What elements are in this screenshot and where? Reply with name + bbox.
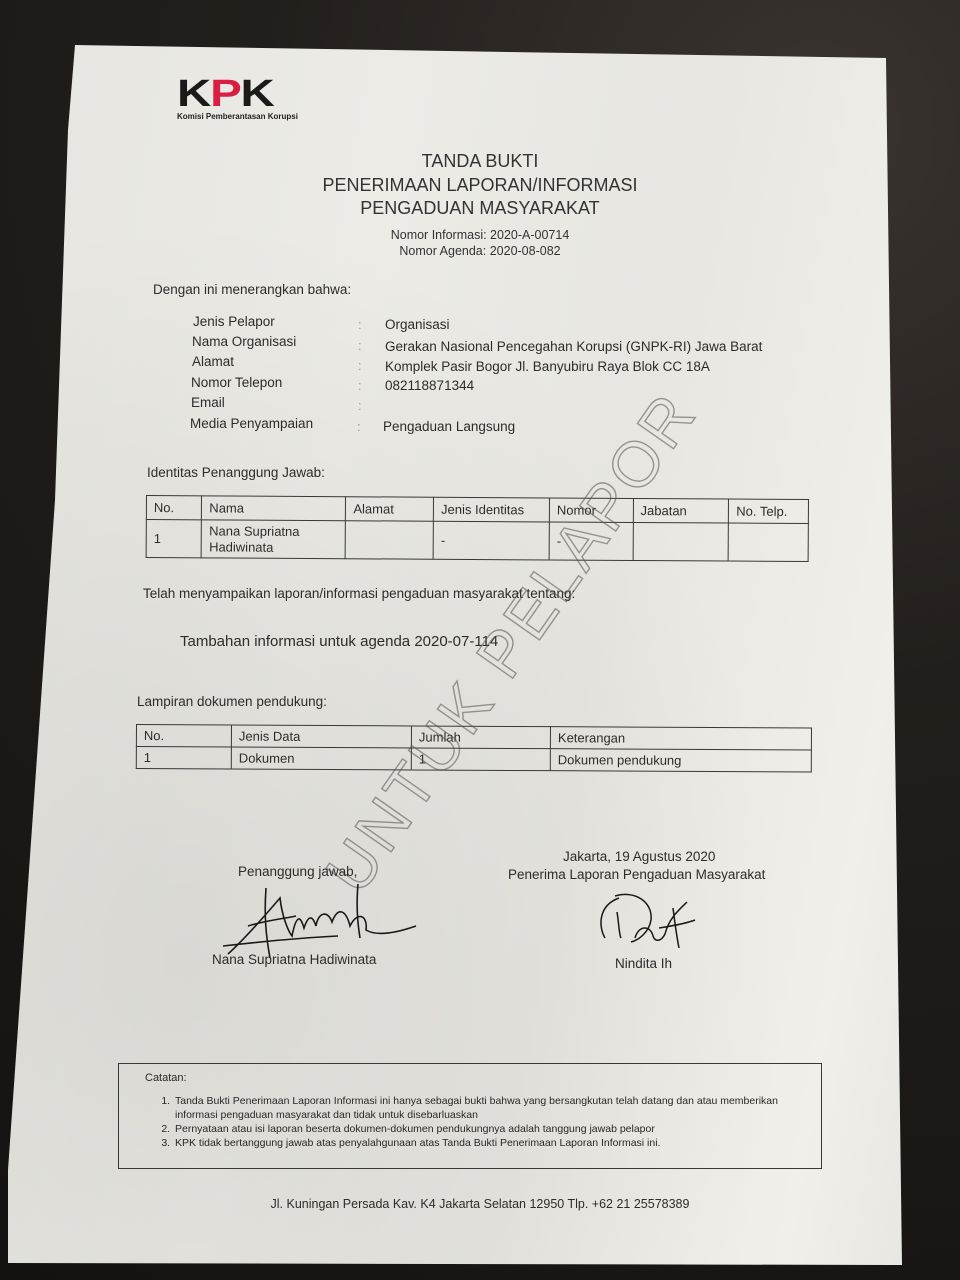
- col-header-no-telp: No. Telp.: [729, 499, 809, 523]
- signature-right-icon: [595, 888, 705, 958]
- cell-alamat: [346, 521, 434, 560]
- logo-letter-p: P: [210, 73, 240, 115]
- title-line-3: PENGADUAN MASYARAKAT: [250, 197, 710, 219]
- col-header-jenis-identitas: Jenis Identitas: [433, 497, 549, 522]
- col-header-alamat: Alamat: [346, 497, 434, 522]
- field-separator: :: [358, 317, 362, 332]
- title-line-2: PENERIMAAN LAPORAN/INFORMASI: [250, 174, 710, 196]
- col-header-jenis-data: Jenis Data: [231, 725, 411, 748]
- note-item-2: Pernyataan atau isi laporan beserta doku…: [173, 1122, 813, 1136]
- field-value-media-penyampaian: Pengaduan Langsung: [383, 419, 515, 434]
- col-header-nama: Nama: [202, 496, 346, 521]
- nomor-agenda: Nomor Agenda: 2020-08-082: [330, 243, 630, 259]
- table-row: 1 Dokumen 1 Dokumen pendukung: [136, 747, 811, 773]
- col-header-no: No.: [146, 496, 202, 520]
- responsible-table: No. Nama Alamat Jenis Identitas Nomor Ja…: [146, 495, 809, 562]
- cell-jumlah: 1: [411, 748, 550, 771]
- cell-nama-line-1: Nana Supriatna: [209, 523, 338, 540]
- col-header-no: No.: [136, 725, 231, 747]
- field-separator: :: [358, 378, 362, 393]
- field-separator: :: [358, 358, 362, 373]
- col-header-keterangan: Keterangan: [550, 727, 811, 750]
- signature-right-title: Penerima Laporan Pengaduan Masyarakat: [508, 867, 765, 882]
- cell-nomor: -: [549, 522, 633, 561]
- responsible-heading: Identitas Penanggung Jawab:: [147, 465, 325, 480]
- nomor-informasi: Nomor Informasi: 2020-A-00714: [330, 227, 630, 243]
- field-value-jenis-pelapor: Organisasi: [385, 317, 450, 332]
- notes-list: Tanda Bukti Penerimaan Laporan Informasi…: [149, 1094, 813, 1150]
- field-label-alamat: Alamat: [192, 354, 234, 369]
- notes-heading: Catatan:: [145, 1072, 187, 1084]
- logo-letter-k2: K: [241, 73, 274, 115]
- cell-no: 1: [146, 520, 202, 558]
- kpk-logo: KPK Komisi Pemberantasan Korupsi: [177, 76, 298, 121]
- note-item-1: Tanda Bukti Penerimaan Laporan Informasi…: [173, 1094, 813, 1122]
- place-date: Jakarta, 19 Agustus 2020: [563, 849, 715, 864]
- cell-no: 1: [136, 747, 231, 769]
- field-label-nomor-telepon: Nomor Telepon: [191, 375, 282, 390]
- intro-text: Dengan ini menerangkan bahwa:: [153, 282, 351, 297]
- kpk-logo-mark: KPK: [177, 76, 274, 112]
- field-label-media-penyampaian: Media Penyampaian: [190, 416, 313, 431]
- table-row: 1 Nana Supriatna Hadiwinata - -: [146, 520, 808, 562]
- field-value-nama-organisasi: Gerakan Nasional Pencegahan Korupsi (GNP…: [385, 339, 762, 354]
- cell-jabatan: [633, 522, 729, 561]
- field-label-jenis-pelapor: Jenis Pelapor: [193, 314, 275, 329]
- field-value-alamat: Komplek Pasir Bogor Jl. Banyubiru Raya B…: [385, 359, 710, 374]
- cell-keterangan: Dokumen pendukung: [550, 749, 811, 772]
- title-line-1: TANDA BUKTI: [250, 150, 710, 172]
- col-header-nomor: Nomor: [549, 498, 633, 523]
- attachments-heading: Lampiran dokumen pendukung:: [137, 694, 327, 709]
- field-separator: :: [358, 338, 362, 353]
- notes-box: Catatan: Tanda Bukti Penerimaan Laporan …: [118, 1063, 822, 1169]
- cell-telp: [728, 523, 808, 561]
- signature-right-name: Nindita Ih: [615, 956, 672, 971]
- report-heading: Telah menyampaikan laporan/informasi pen…: [143, 586, 575, 601]
- cell-nama: Nana Supriatna Hadiwinata: [202, 520, 346, 559]
- report-subject: Tambahan informasi untuk agenda 2020-07-…: [180, 633, 498, 650]
- col-header-jabatan: Jabatan: [633, 498, 729, 523]
- field-separator: :: [357, 419, 361, 434]
- footer-address: Jl. Kuningan Persada Kav. K4 Jakarta Sel…: [220, 1197, 740, 1211]
- cell-nama-line-2: Hadiwinata: [209, 539, 338, 556]
- field-separator: :: [358, 398, 362, 413]
- field-label-nama-organisasi: Nama Organisasi: [192, 334, 296, 349]
- signature-left-name: Nana Supriatna Hadiwinata: [212, 952, 376, 967]
- field-value-nomor-telepon: 082118871344: [385, 378, 474, 393]
- note-item-3: KPK tidak bertanggung jawab atas penyala…: [173, 1136, 813, 1150]
- field-label-email: Email: [191, 395, 225, 410]
- attachments-table: No. Jenis Data Jumlah Keterangan 1 Dokum…: [136, 724, 812, 773]
- cell-jenis-data: Dokumen: [231, 747, 411, 770]
- cell-jenis-identitas: -: [433, 521, 549, 560]
- logo-letter-k1: K: [177, 73, 210, 115]
- col-header-jumlah: Jumlah: [411, 726, 550, 749]
